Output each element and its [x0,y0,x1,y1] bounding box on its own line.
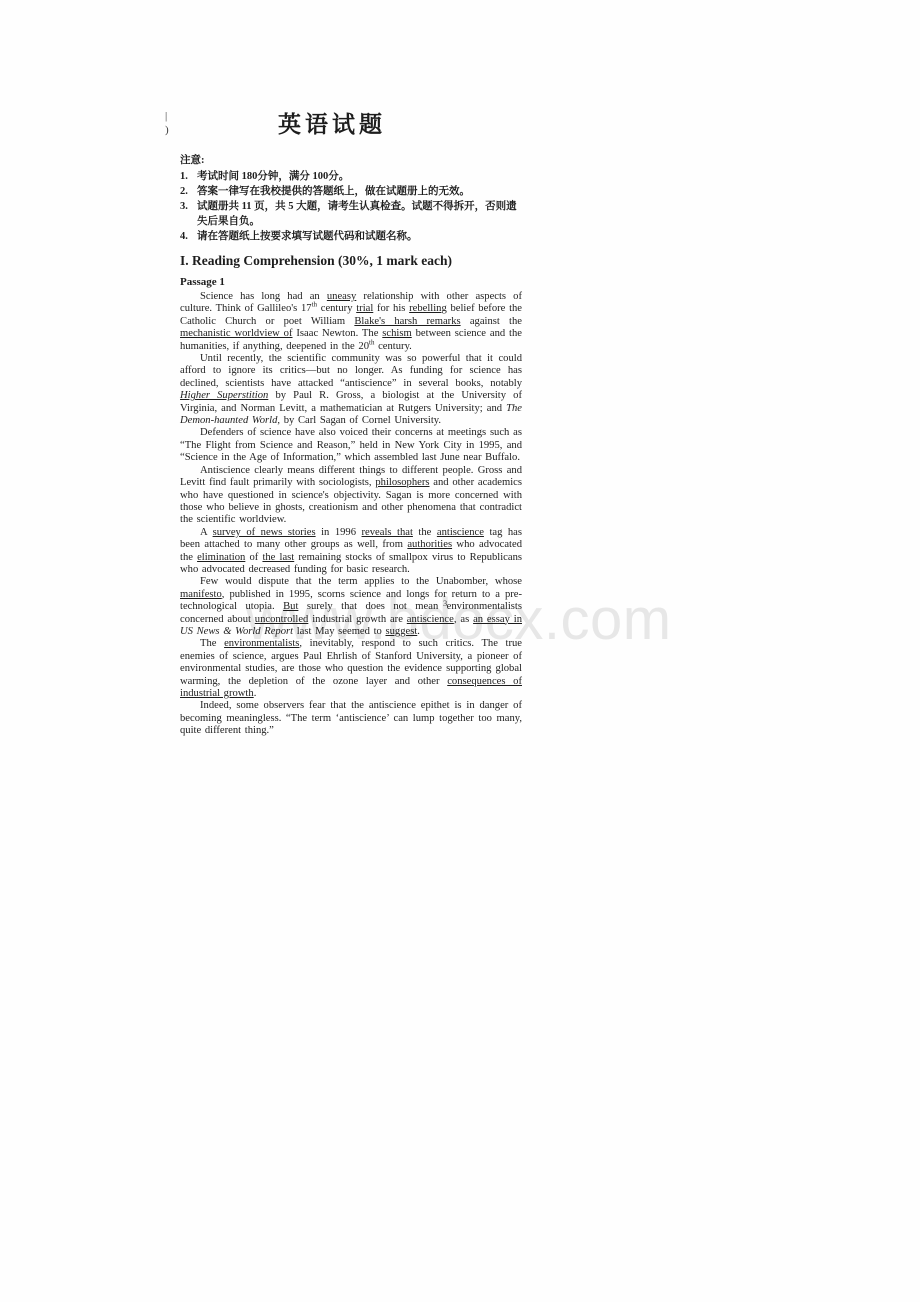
exam-content: 英语试题 注意: 1.考试时间 180分钟，满分 100分。2.答案一律写在我校… [180,104,522,738]
passage-text-segment: reveals that [362,527,413,538]
notice-list: 1.考试时间 180分钟，满分 100分。2.答案一律写在我校提供的答题纸上，做… [180,169,522,244]
passage-text-segment: trial [356,303,373,314]
passage-text-segment: Few would dispute that the term applies … [200,576,522,587]
passage-text-segment: Higher Superstition [180,390,268,401]
notice-item-number: 4. [180,229,197,244]
passage-text-segment: rebelling [409,303,447,314]
passage-text-segment: Blake's harsh remarks [354,316,460,327]
passage-text-segment: Indeed, some observers fear that the ant… [180,700,522,736]
passage-text-segment: But [283,601,298,612]
passage-paragraph: Few would dispute that the term applies … [180,576,522,638]
scanned-exam-page: www.bdocx.com |) 英语试题 注意: 1.考试时间 180分钟，满… [0,0,920,1302]
passage-text-segment: Defenders of science have also voiced th… [180,427,522,463]
margin-mark: | [165,109,169,123]
passage-text-segment: authorities [407,539,452,550]
notice-item: 4.请在答题纸上按要求填写试题代码和试题名称。 [180,229,522,244]
passage-text-segment: schism [382,328,411,339]
passage-text-segment: manifesto [180,589,222,600]
passage-text-segment: century [317,303,356,314]
passage-text-segment: the last [262,552,294,563]
passage-paragraph: Science has long had an uneasy relations… [180,291,522,353]
scan-margin-marks: |) [165,109,169,137]
passage-text-segment: an essay in [473,614,522,625]
passage-paragraph: The environmentalists, inevitably, respo… [180,638,522,700]
notice-item-number: 3. [180,199,197,229]
passage-text-segment: , by Carl Sagan of Cornel University. [277,415,441,426]
passage-text-segment: uncontrolled [255,614,309,625]
passage-paragraph: Until recently, the scientific community… [180,353,522,427]
passage-text-segment: Science has long had an [200,291,327,302]
notice-item-text: 考试时间 180分钟，满分 100分。 [197,169,522,184]
passage-text-segment: Until recently, the scientific community… [180,353,522,389]
passage-text-segment: elimination [197,552,245,563]
passage-label: Passage 1 [180,276,522,288]
passage-text-segment: antiscience [437,527,484,538]
notice-item-text: 试题册共 11 页，共 5 大题，请考生认真检查。试题不得拆开，否则遗失后果自负… [197,199,522,229]
passage-text-segment: for his [373,303,409,314]
passage-text-segment: the [413,527,437,538]
passage-paragraph: A survey of news stories in 1996 reveals… [180,527,522,577]
notice-item-number: 2. [180,184,197,199]
passage-text-segment: uneasy [327,291,356,302]
passage-text-segment: survey of news stories [213,527,316,538]
passage-text-segment: environmentalists [224,638,299,649]
notice-item-number: 1. [180,169,197,184]
notice-item-text: 请在答题纸上按要求填写试题代码和试题名称。 [197,229,522,244]
passage-text-segment: antiscience [407,614,454,625]
passage-text-segment: , as [454,614,473,625]
passage-text-segment: . [254,688,257,699]
passage-text-segment: in 1996 [316,527,362,538]
passage-text-segment: mechanistic worldview of [180,328,293,339]
passage-text-segment: last May seemed to [293,626,385,637]
notice-item: 2.答案一律写在我校提供的答题纸上，做在试题册上的无效。 [180,184,522,199]
passage-text-segment: US News & World Report [180,626,293,637]
passage-text-segment: . [417,626,420,637]
passage-paragraph: Defenders of science have also voiced th… [180,427,522,464]
passage-paragraph: Indeed, some observers fear that the ant… [180,700,522,737]
notice-label: 注意: [180,153,522,168]
passage-paragraph: Antiscience clearly means different thin… [180,465,522,527]
passage-text-segment: century. [374,341,411,352]
passage-text-segment: industrial growth are [308,614,406,625]
notice-item: 3.试题册共 11 页，共 5 大题，请考生认真检查。试题不得拆开，否则遗失后果… [180,199,522,229]
passage-text-segment: of [245,552,262,563]
passage-text-segment: philosophers [375,477,429,488]
passage-text-segment: The [200,638,224,649]
notice-item-text: 答案一律写在我校提供的答题纸上，做在试题册上的无效。 [197,184,522,199]
passage-paragraphs: Science has long had an uneasy relations… [180,291,522,738]
passage-text-segment: A [200,527,213,538]
margin-mark: ) [165,123,169,137]
section-heading: I. Reading Comprehension (30%, 1 mark ea… [180,253,522,269]
notice-item: 1.考试时间 180分钟，满分 100分。 [180,169,522,184]
notice-block: 注意: 1.考试时间 180分钟，满分 100分。2.答案一律写在我校提供的答题… [180,153,522,244]
page-number: 3 [443,598,447,608]
page-title: 英语试题 [180,106,522,139]
passage-text-segment: suggest [385,626,417,637]
passage-text-segment: against the [461,316,522,327]
